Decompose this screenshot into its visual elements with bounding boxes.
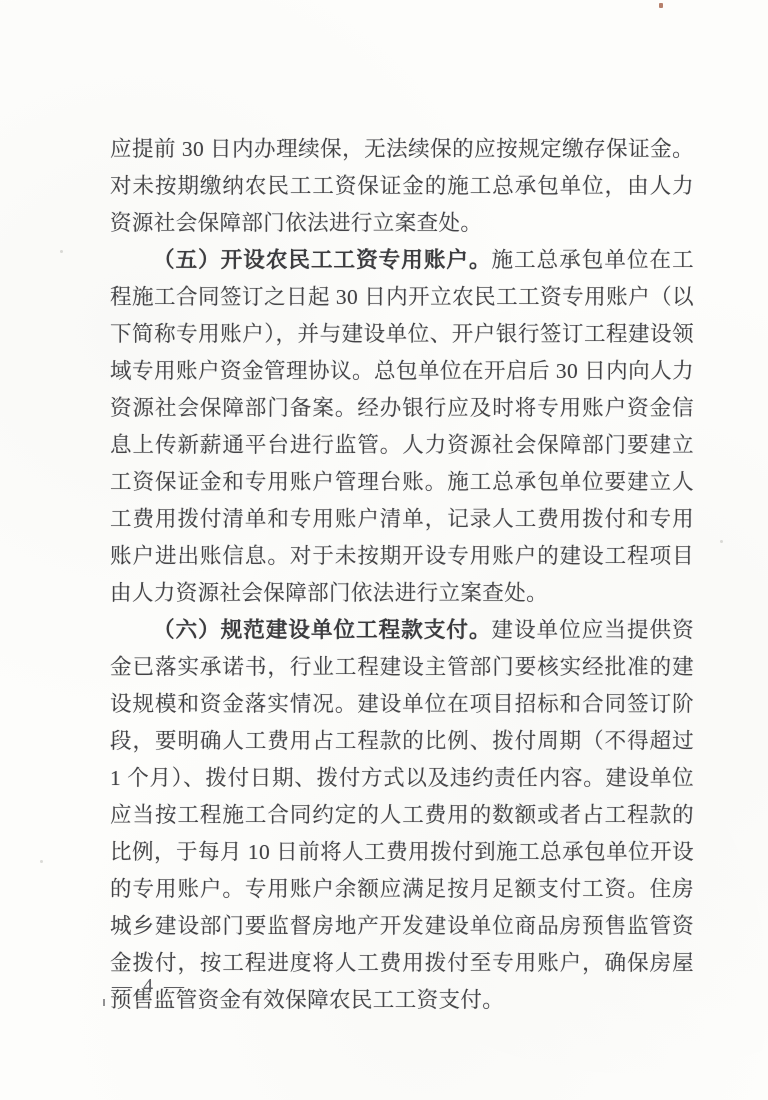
scan-artifact-red-speck	[659, 3, 663, 8]
paragraph-continuation: 应提前 30 日内办理续保，无法续保的应按规定缴存保证金。对未按期缴纳农民工工资…	[110, 131, 694, 242]
paragraph-section-5: （五）开设农民工工资专用账户。施工总承包单位在工程施工合同签订之日起 30 日内…	[110, 242, 694, 612]
scan-artifact-dot	[40, 860, 43, 863]
section-6-body: 建设单位应当提供资金已落实承诺书，行业工程建设主管部门要核实经批准的建设规模和资…	[110, 618, 694, 1012]
scanned-document-page: 应提前 30 日内办理续保，无法续保的应按规定缴存保证金。对未按期缴纳农民工工资…	[0, 0, 768, 1100]
page-number: — 4 —	[112, 975, 187, 998]
scan-artifact-dot	[60, 250, 63, 253]
document-body: 应提前 30 日内办理续保，无法续保的应按规定缴存保证金。对未按期缴纳农民工工资…	[110, 131, 694, 1019]
section-5-heading: （五）开设农民工工资专用账户。	[153, 248, 492, 272]
paragraph-text: 应提前 30 日内办理续保，无法续保的应按规定缴存保证金。对未按期缴纳农民工工资…	[110, 137, 694, 235]
section-5-body: 施工总承包单位在工程施工合同签订之日起 30 日内开立农民工工资专用账户（以下简…	[110, 248, 694, 605]
section-6-heading: （六）规范建设单位工程款支付。	[153, 618, 492, 642]
scan-artifact-tick	[103, 999, 105, 1006]
scan-artifact-dot	[720, 540, 723, 543]
paragraph-section-6: （六）规范建设单位工程款支付。建设单位应当提供资金已落实承诺书，行业工程建设主管…	[110, 612, 694, 1019]
